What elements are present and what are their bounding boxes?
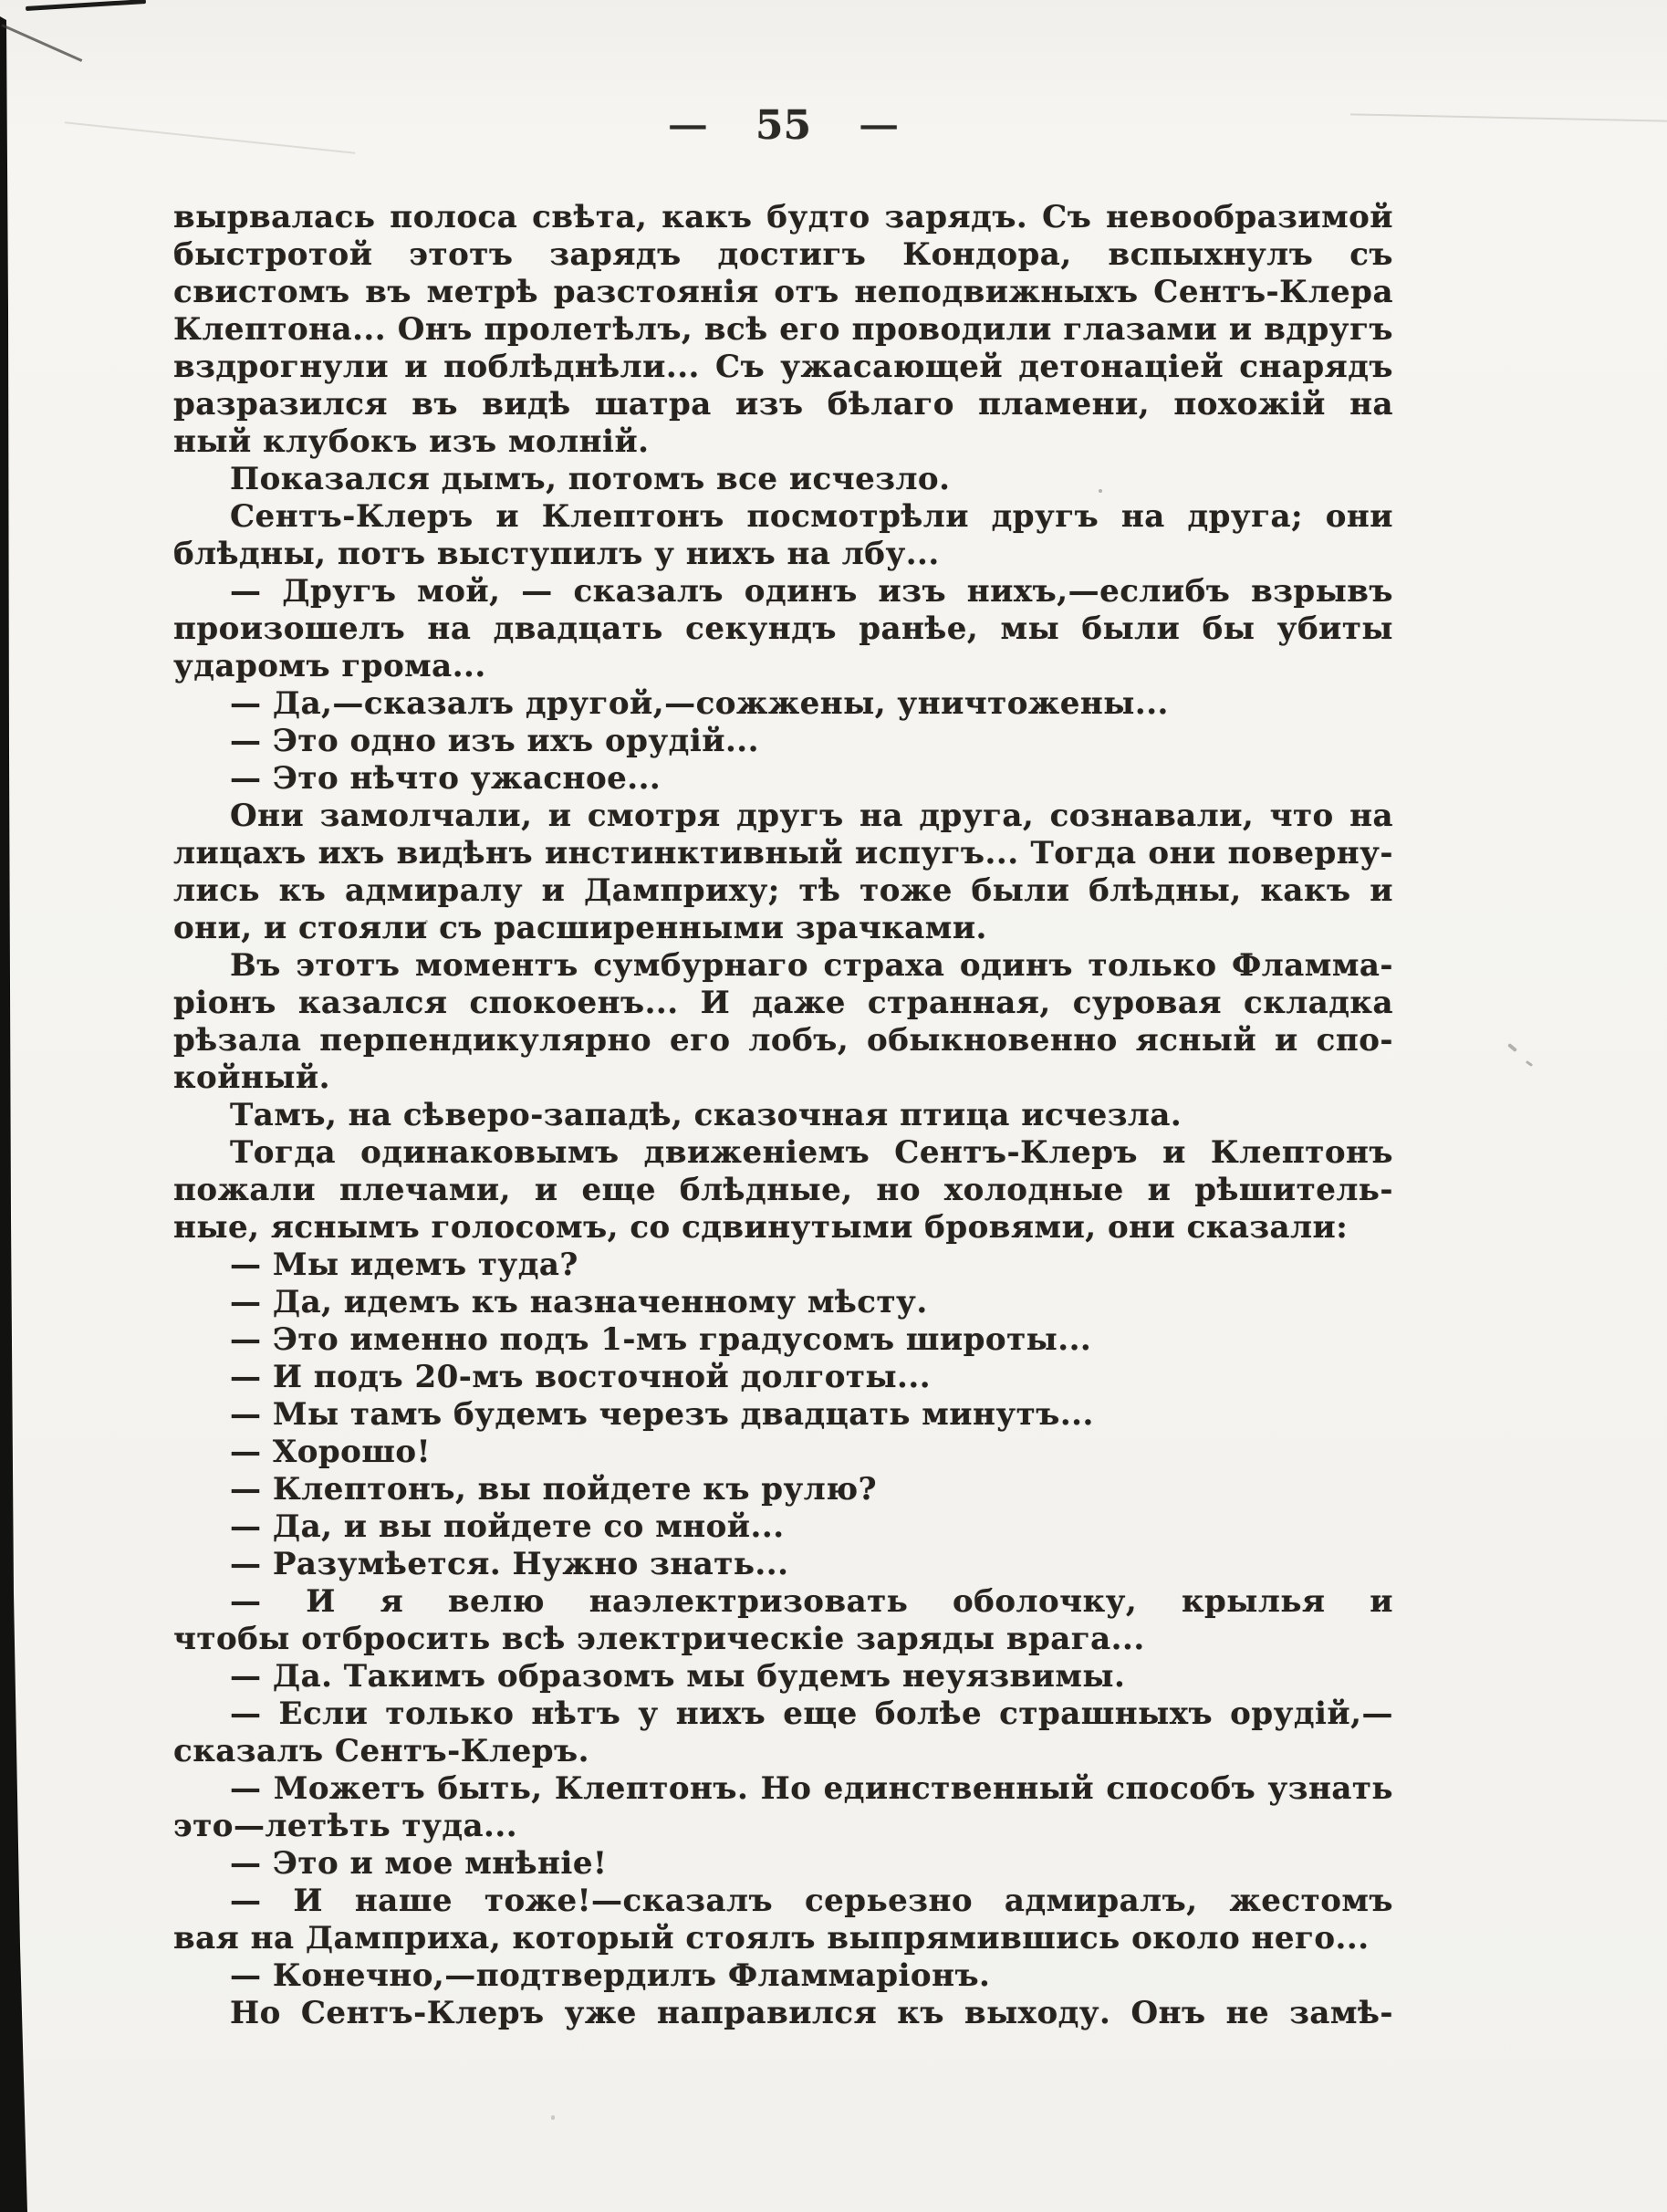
- text-line: лись къ адмиралу и Дамприху; тѣ тоже был…: [173, 872, 1393, 910]
- text-line: — Можетъ быть, Клептонъ. Но единственный…: [173, 1770, 1393, 1808]
- text-line: — Хорошо!: [173, 1434, 1393, 1471]
- text-line: — Да. Такимъ образомъ мы будемъ неуязвим…: [173, 1658, 1393, 1696]
- header-dash-left: —: [668, 107, 708, 144]
- text-line: — Да, и вы пойдете со мной...: [173, 1508, 1393, 1546]
- text-line: Въ этотъ моментъ сумбурнаго страха одинъ…: [173, 947, 1393, 985]
- scanned-book-page: { "page": { "paper_color": "#f4f3ef", "i…: [0, 0, 1667, 2212]
- text-line: — Да,—сказалъ другой,—сожжены, уничтожен…: [173, 685, 1393, 723]
- text-line: Они замолчали, и смотря другъ на друга, …: [173, 798, 1393, 835]
- text-line: Показался дымъ, потомъ все исчезло.: [173, 461, 1393, 498]
- scan-corner-crack: [1, 24, 82, 62]
- text-line: — Да, идемъ къ назначенному мѣсту.: [173, 1284, 1393, 1321]
- header-dash-right: —: [859, 107, 899, 144]
- text-line: они, и стояли съ расширенными зрачками.: [173, 910, 1393, 947]
- dust-speck: [1526, 1060, 1533, 1067]
- text-line: ные, яснымъ голосомъ, со сдвинутыми бров…: [173, 1209, 1393, 1247]
- text-line: — Мы тамъ будемъ черезъ двадцать минутъ.…: [173, 1396, 1393, 1434]
- text-line: — Другъ мой, — сказалъ одинъ изъ нихъ,—е…: [173, 573, 1393, 610]
- text-line: — И наше тоже!—сказалъ серьезно адмиралъ…: [173, 1883, 1393, 1920]
- text-line: — И я велю наэлектризовать оболочку, кры…: [173, 1583, 1393, 1621]
- text-line: свистомъ въ метрѣ разстоянія отъ неподви…: [173, 274, 1393, 311]
- text-line: ударомъ грома...: [173, 648, 1393, 685]
- dust-speck: [1507, 1043, 1517, 1052]
- text-line: Тогда одинаковымъ движеніемъ Сентъ-Клеръ…: [173, 1134, 1393, 1172]
- text-line: — Это одно изъ ихъ орудій...: [173, 723, 1393, 760]
- text-line: блѣдны, потъ выступилъ у нихъ на лбу...: [173, 536, 1393, 573]
- text-line: разразился въ видѣ шатра изъ бѣлаго плам…: [173, 386, 1393, 423]
- text-line: вздрогнули и поблѣднѣли... Съ ужасающей …: [173, 349, 1393, 386]
- text-line: — Мы идемъ туда?: [173, 1247, 1393, 1284]
- text-line: — Конечно,—подтвердилъ Фламмаріонъ.: [173, 1957, 1393, 1995]
- text-line: вая на Дамприха, который стоялъ выпрямив…: [173, 1920, 1393, 1957]
- text-line: это—летѣть туда...: [173, 1808, 1393, 1845]
- text-line: ный клубокъ изъ молній.: [173, 423, 1393, 461]
- text-line: — Клептонъ, вы пойдете къ рулю?: [173, 1471, 1393, 1508]
- text-line: койный.: [173, 1059, 1393, 1097]
- text-line: пожали плечами, и еще блѣдные, но холодн…: [173, 1172, 1393, 1209]
- text-line: — Разумѣется. Нужно знать...: [173, 1546, 1393, 1583]
- dust-speck: [551, 2115, 555, 2120]
- paper-crease: [1350, 113, 1667, 121]
- text-line: сказалъ Сентъ-Клеръ.: [173, 1733, 1393, 1770]
- text-line: лицахъ ихъ видѣнъ инстинктивный испугъ..…: [173, 835, 1393, 872]
- scan-mark-top-edge: [26, 0, 146, 11]
- text-line: вырвалась полоса свѣта, какъ будто заряд…: [173, 199, 1393, 236]
- text-line: Тамъ, на сѣверо-западѣ, сказочная птица …: [173, 1097, 1393, 1134]
- page-header: — 55 —: [173, 102, 1393, 149]
- text-line: рѣзала перпендикулярно его лобъ, обыкнов…: [173, 1022, 1393, 1059]
- scan-edge-shadow: [0, 0, 31, 2212]
- text-line: ріонъ казался спокоенъ... И даже странна…: [173, 985, 1393, 1022]
- page-text-block: вырвалась полоса свѣта, какъ будто заряд…: [173, 199, 1393, 2032]
- page-number: 55: [755, 102, 811, 149]
- text-line: чтобы отбросить всѣ электрическіе заряды…: [173, 1621, 1393, 1658]
- text-line: быстротой этотъ зарядъ достигъ Кондора, …: [173, 236, 1393, 274]
- text-line: Но Сентъ-Клеръ уже направился къ выходу.…: [173, 1995, 1393, 2032]
- text-line: — И подъ 20-мъ восточной долготы...: [173, 1359, 1393, 1396]
- text-line: — Это нѣчто ужасное...: [173, 760, 1393, 798]
- text-line: — Это и мое мнѣніе!: [173, 1845, 1393, 1883]
- text-line: Клептона... Онъ пролетѣлъ, всѣ его прово…: [173, 311, 1393, 349]
- text-line: — Если только нѣтъ у нихъ еще болѣе стра…: [173, 1696, 1393, 1733]
- text-line: — Это именно подъ 1-мъ градусомъ широты.…: [173, 1321, 1393, 1359]
- text-line: Сентъ-Клеръ и Клептонъ посмотрѣли другъ …: [173, 498, 1393, 536]
- text-line: произошелъ на двадцать секундъ ранѣе, мы…: [173, 610, 1393, 648]
